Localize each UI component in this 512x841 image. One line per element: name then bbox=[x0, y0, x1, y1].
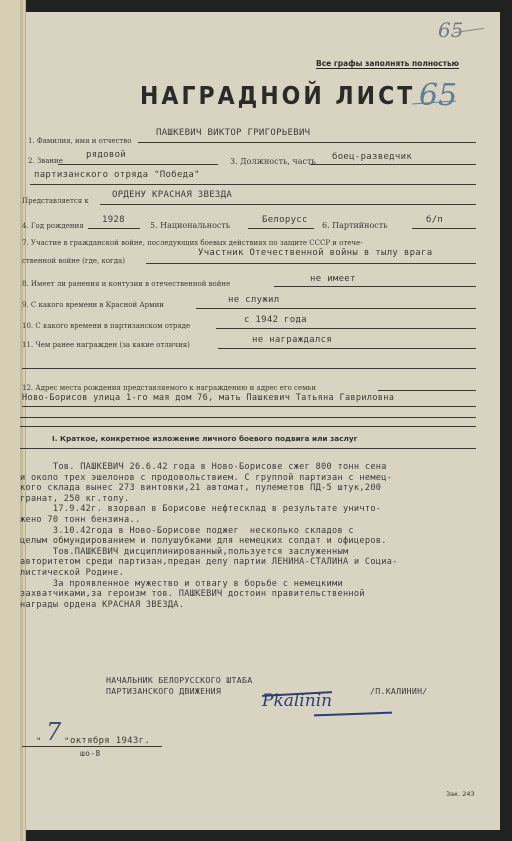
feat-line: кого склада вынес 273 винтовки,21 автома… bbox=[20, 483, 398, 494]
party-value: б/п bbox=[426, 215, 443, 225]
position-value-line2: партизанского отряда "Победа" bbox=[34, 170, 200, 180]
nationality-value: Белорусс bbox=[262, 215, 308, 225]
wounds-label: 8. Имеет ли ранения и контузии в отечест… bbox=[22, 280, 230, 288]
party-label: 6. Партийность bbox=[322, 221, 388, 230]
feat-line: захватчиками,за героизм тов. ПАШКЕВИЧ до… bbox=[20, 589, 398, 600]
nationality-label: 5. Национальность bbox=[150, 221, 230, 230]
feat-line: награды ордена КРАСНАЯ ЗВЕЗДА. bbox=[20, 600, 398, 611]
document-ref: шо-8 bbox=[80, 749, 100, 758]
signatory-title-2: ПАРТИЗАНСКОГО ДВИЖЕНИЯ bbox=[106, 686, 221, 696]
war-participation-value: Участник Отечественной войны в тылу враг… bbox=[198, 248, 432, 258]
position-label: 3. Должность, часть bbox=[230, 157, 316, 166]
partisan-since-value: с 1942 года bbox=[244, 315, 307, 325]
feat-line: Тов.ПАШКЕВИЧ дисциплинированный,пользует… bbox=[20, 547, 398, 558]
award-sheet-page: 65 Все графы заполнять полностью НАГРАДН… bbox=[26, 12, 500, 830]
previous-awards-underline bbox=[218, 348, 476, 349]
red-army-since-value: не служил bbox=[228, 295, 279, 305]
date-underline bbox=[22, 746, 162, 747]
address-label: 12. Адрес места рождения представляемого… bbox=[22, 384, 316, 392]
birth-year-value: 1928 bbox=[102, 215, 125, 225]
recommended-for-underline bbox=[100, 204, 476, 205]
archive-number-pencil: 65 bbox=[438, 18, 463, 42]
feat-line: Тов. ПАШКЕВИЧ 26.6.42 года в Ново-Борисо… bbox=[20, 462, 398, 473]
red-army-since-label: 9. С какого времени в Красной Армии bbox=[22, 301, 164, 309]
birth-year-label: 4. Год рождения bbox=[22, 222, 84, 230]
feat-text: Тов. ПАШКЕВИЧ 26.6.42 года в Ново-Борисо… bbox=[20, 462, 398, 610]
nationality-underline bbox=[248, 228, 314, 229]
position-underline-2 bbox=[30, 184, 476, 185]
date-month-year: октября 1943г. bbox=[70, 736, 150, 746]
feat-line: авторитетом среди партизан,предан делу п… bbox=[20, 557, 398, 568]
signatory-title-1: НАЧАЛЬНИК БЕЛОРУССКОГО ШТАБА bbox=[106, 675, 252, 685]
feat-line: 3.10.42года в Ново-Борисове поджег неско… bbox=[20, 526, 398, 537]
partisan-since-underline bbox=[216, 328, 476, 329]
previous-awards-label: 11. Чем ранее награжден (за какие отличи… bbox=[22, 341, 190, 349]
name-label: 1. Фамилия, имя и отчество bbox=[28, 137, 131, 145]
position-underline bbox=[310, 164, 476, 165]
signatory-name: /П.КАЛИНИН/ bbox=[370, 686, 428, 696]
divider-1 bbox=[20, 417, 476, 418]
birth-year-underline bbox=[88, 228, 140, 229]
position-value: боец-разведчик bbox=[332, 152, 412, 162]
address-underline-2 bbox=[22, 406, 476, 407]
feat-line: листической Родине. bbox=[20, 568, 398, 579]
feat-line: целым обмундированием и полушубками для … bbox=[20, 536, 398, 547]
signature-underline bbox=[314, 712, 392, 716]
wounds-underline bbox=[274, 286, 476, 287]
name-underline bbox=[138, 142, 476, 143]
war-participation-label-1: 7. Участие в гражданской войне, последую… bbox=[22, 239, 363, 247]
recommended-for-label: Представляется к bbox=[22, 197, 89, 205]
recommended-for-value: ОРДЕНУ КРАСНАЯ ЗВЕЗДА bbox=[112, 190, 232, 200]
rank-underline bbox=[58, 164, 218, 165]
previous-awards-value: не награждался bbox=[252, 335, 332, 345]
feat-line: жено 70 тонн бензина.. bbox=[20, 515, 398, 526]
address-underline-1 bbox=[378, 390, 476, 391]
rank-value: рядовой bbox=[86, 150, 126, 160]
partisan-since-label: 10. С какого времени в партизанском отря… bbox=[22, 322, 190, 330]
previous-page-edge bbox=[0, 0, 26, 841]
document-title: НАГРАДНОЙ ЛИСТ bbox=[140, 82, 415, 111]
divider-2 bbox=[20, 426, 476, 427]
handwritten-signature: Pkalinin bbox=[262, 691, 332, 711]
feat-line: гранат, 250 кг.толу. bbox=[20, 494, 398, 505]
name-value: ПАШКЕВИЧ ВИКТОР ГРИГОРЬЕВИЧ bbox=[156, 128, 310, 138]
red-army-since-underline bbox=[196, 308, 476, 309]
archive-number-blue: 65 bbox=[419, 78, 457, 113]
party-underline bbox=[412, 228, 476, 229]
feat-line: и около трех эшелонов с продовольствием.… bbox=[20, 473, 398, 484]
war-participation-label-2: ственной войне (где, когда) bbox=[22, 257, 125, 265]
address-value: Ново-Борисов улица 1-го мая дом 76, мать… bbox=[22, 393, 394, 403]
feat-line: За проявленное мужество и отвагу в борьб… bbox=[20, 579, 398, 590]
blank-line bbox=[22, 368, 476, 369]
divider-3 bbox=[20, 448, 476, 449]
date-day-handwritten: 7 bbox=[46, 718, 61, 746]
feat-section-heading: I. Краткое, конкретное изложение личного… bbox=[52, 434, 357, 443]
wounds-value: не имеет bbox=[310, 274, 356, 284]
print-order-number: Зак. 243 bbox=[446, 790, 475, 798]
fill-all-fields-notice: Все графы заполнять полностью bbox=[316, 59, 459, 69]
war-participation-underline bbox=[146, 263, 476, 264]
feat-line: 17.9.42г. взорвал в Борисове нефтесклад … bbox=[20, 504, 398, 515]
